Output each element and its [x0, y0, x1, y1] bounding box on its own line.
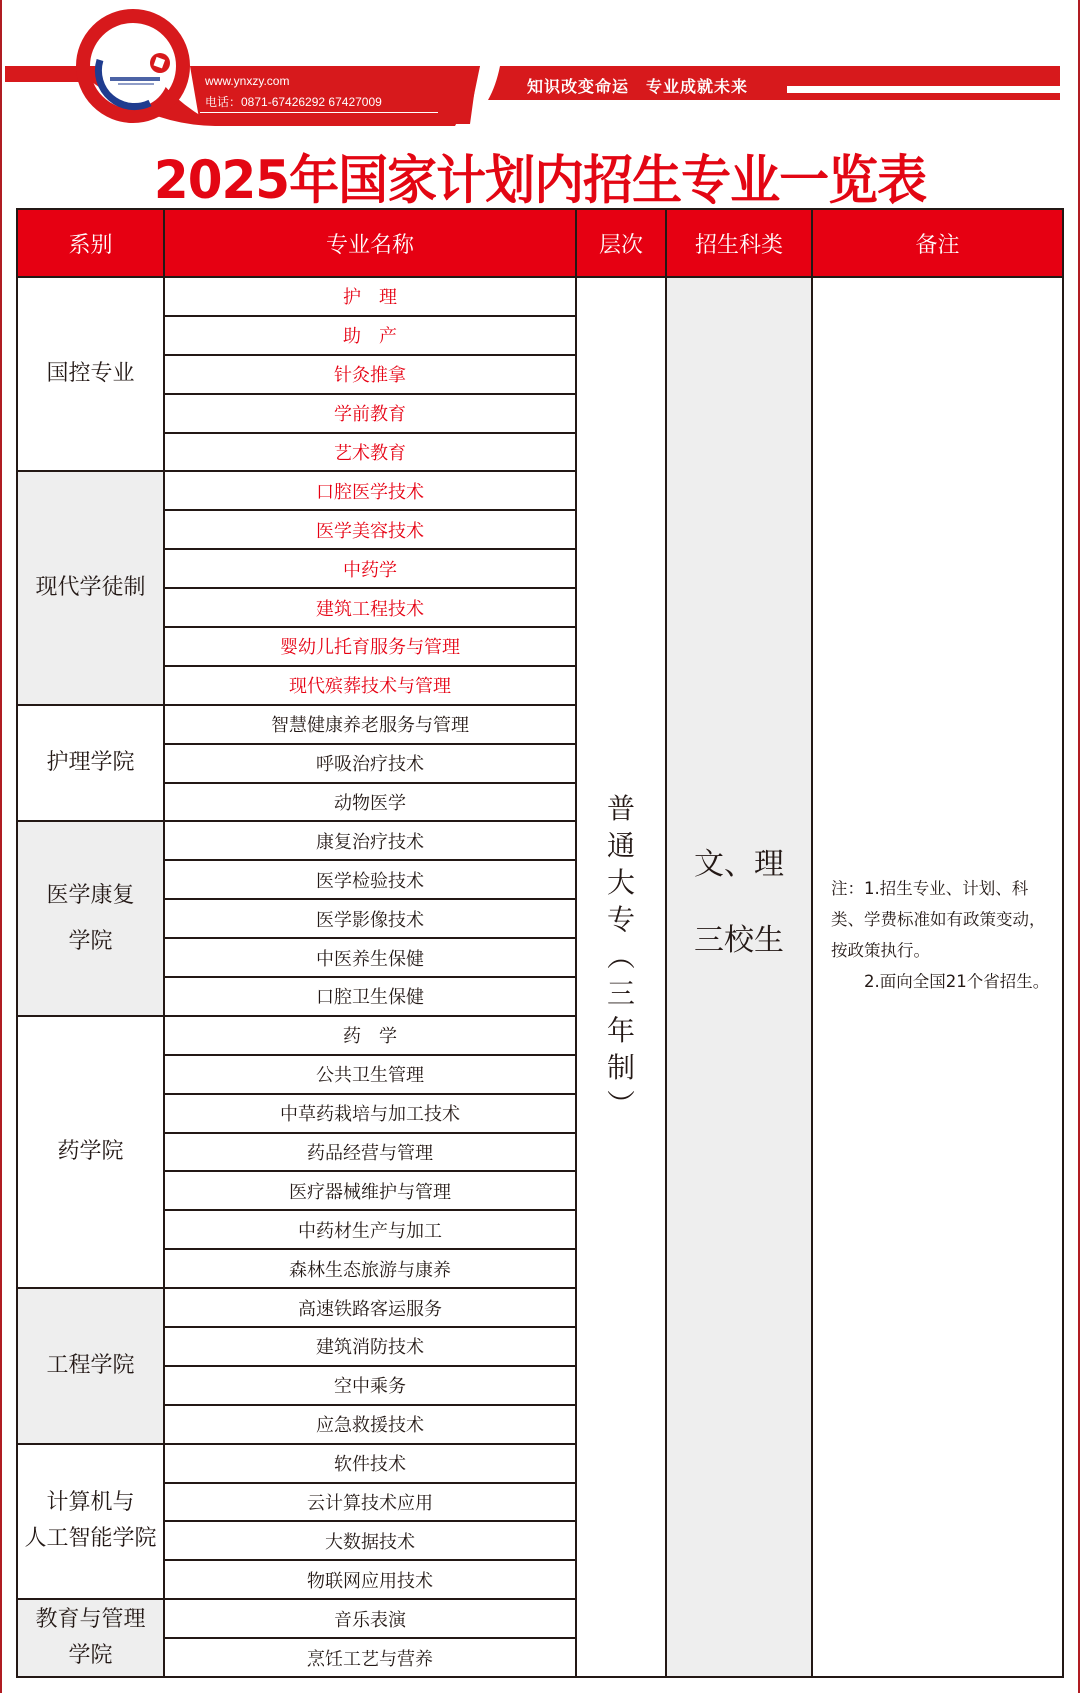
major-row: 学前教育 — [163, 395, 575, 434]
major-row: 森林生态旅游与康养 — [163, 1250, 575, 1289]
department-name-line: 学院 — [35, 1638, 145, 1674]
page-border-left — [0, 0, 2, 1693]
department-name-line: 医学康复 — [46, 873, 134, 919]
majors-table: 系别 专业名称 层次 招生科类 备注 国控专业护 理助 产针灸推拿学前教育艺术教… — [16, 208, 1064, 1678]
phone-number: 电话：0871-67426292 67427009 — [205, 93, 382, 110]
major-row: 助 产 — [163, 317, 575, 356]
major-row: 康复治疗技术 — [163, 822, 575, 861]
major-row: 医学美容技术 — [163, 511, 575, 550]
major-row: 针灸推拿 — [163, 356, 575, 395]
major-row: 口腔医学技术 — [163, 472, 575, 511]
department-name-line: 人工智能学院 — [24, 1521, 156, 1557]
major-row: 物联网应用技术 — [163, 1561, 575, 1600]
level-char: 普 — [607, 790, 635, 827]
major-row: 口腔卫生保健 — [163, 978, 575, 1017]
major-row: 软件技术 — [163, 1445, 575, 1484]
department-name-line: 药学院 — [57, 1134, 123, 1170]
level-char: 制 — [607, 1049, 635, 1086]
major-row: 空中乘务 — [163, 1367, 575, 1406]
subject-value: 文、理 三校生 — [667, 843, 811, 995]
department-name: 工程学院 — [46, 1348, 134, 1384]
major-row: 公共卫生管理 — [163, 1056, 575, 1095]
column-header-subject: 招生科类 — [665, 208, 811, 278]
level-value: 普通大专︵三年制︶ — [577, 790, 665, 1123]
major-row: 中药学 — [163, 550, 575, 589]
major-row: 高速铁路客运服务 — [163, 1289, 575, 1328]
notes-cell: 注：1.招生专业、计划、科类、学费标准如有政策变动，按政策执行。 2.面向全国2… — [811, 278, 1064, 1678]
level-char: 三 — [607, 975, 635, 1012]
major-row: 云计算技术应用 — [163, 1484, 575, 1523]
major-row: 建筑消防技术 — [163, 1328, 575, 1367]
level-char: ︶ — [607, 1086, 635, 1123]
major-row: 建筑工程技术 — [163, 589, 575, 628]
department-name: 药学院 — [57, 1134, 123, 1170]
slogan: 知识改变命运 专业成就未来 — [527, 74, 748, 97]
department-name: 国控专业 — [46, 356, 134, 392]
department-cell: 护理学院 — [16, 706, 163, 823]
major-row: 呼吸治疗技术 — [163, 745, 575, 784]
level-char: 专 — [607, 901, 635, 938]
department-name-line: 计算机与 — [24, 1485, 156, 1521]
page-title: 2025年国家计划内招生专业一览表 — [0, 138, 1080, 214]
department-name-line: 护理学院 — [46, 745, 134, 781]
banner-graphic — [0, 0, 1080, 140]
divider — [200, 112, 438, 113]
department-name-line: 国控专业 — [46, 356, 134, 392]
major-row: 烹饪工艺与营养 — [163, 1639, 575, 1678]
column-header-notes: 备注 — [811, 208, 1064, 278]
major-row: 医学影像技术 — [163, 900, 575, 939]
department-name: 医学康复学院 — [46, 873, 134, 965]
department-name-line: 工程学院 — [46, 1348, 134, 1384]
subject-cell: 文、理 三校生 — [665, 278, 811, 1678]
department-cell: 医学康复学院 — [16, 822, 163, 1016]
level-char: ︵ — [607, 938, 635, 975]
department-name: 现代学徒制 — [35, 570, 145, 606]
department-cell: 教育与管理学院 — [16, 1600, 163, 1678]
department-cell: 计算机与人工智能学院 — [16, 1445, 163, 1601]
major-row: 音乐表演 — [163, 1600, 575, 1639]
department-name-line: 现代学徒制 — [35, 570, 145, 606]
department-name: 教育与管理学院 — [35, 1602, 145, 1674]
department-name-line: 教育与管理 — [35, 1602, 145, 1638]
major-row: 动物医学 — [163, 784, 575, 823]
note-2: 2.面向全国21个省招生。 — [831, 966, 1050, 997]
level-char: 通 — [607, 827, 635, 864]
major-row: 应急救援技术 — [163, 1406, 575, 1445]
level-char: 大 — [607, 864, 635, 901]
column-header-major: 专业名称 — [163, 208, 575, 278]
major-row: 药品经营与管理 — [163, 1134, 575, 1173]
department-name: 护理学院 — [46, 745, 134, 781]
major-row: 艺术教育 — [163, 434, 575, 473]
major-row: 中医养生保健 — [163, 939, 575, 978]
department-cell: 现代学徒制 — [16, 472, 163, 705]
note-1: 注：1.招生专业、计划、科类、学费标准如有政策变动，按政策执行。 — [831, 873, 1050, 966]
major-row: 现代殡葬技术与管理 — [163, 667, 575, 706]
department-cell: 国控专业 — [16, 278, 163, 472]
column-header-department: 系别 — [16, 208, 163, 278]
major-row: 药 学 — [163, 1017, 575, 1056]
major-row: 大数据技术 — [163, 1522, 575, 1561]
department-name: 计算机与人工智能学院 — [24, 1485, 156, 1557]
subject-line: 三校生 — [667, 919, 811, 995]
department-cell: 药学院 — [16, 1017, 163, 1289]
header-banner: www.ynxzy.com 电话：0871-67426292 67427009 … — [0, 0, 1080, 140]
major-row: 中药材生产与加工 — [163, 1211, 575, 1250]
major-row: 智慧健康养老服务与管理 — [163, 706, 575, 745]
major-row: 护 理 — [163, 278, 575, 317]
column-header-level: 层次 — [575, 208, 665, 278]
department-name-line: 学院 — [46, 919, 134, 965]
subject-line: 文、理 — [667, 843, 811, 919]
website-url: www.ynxzy.com — [205, 74, 289, 88]
major-row: 医学检验技术 — [163, 861, 575, 900]
level-char: 年 — [607, 1012, 635, 1049]
level-cell: 普通大专︵三年制︶ — [575, 278, 665, 1678]
department-cell: 工程学院 — [16, 1289, 163, 1445]
notes-text: 注：1.招生专业、计划、科类、学费标准如有政策变动，按政策执行。 2.面向全国2… — [831, 873, 1050, 997]
major-row: 中草药栽培与加工技术 — [163, 1095, 575, 1134]
major-row: 医疗器械维护与管理 — [163, 1172, 575, 1211]
major-row: 婴幼儿托育服务与管理 — [163, 628, 575, 667]
